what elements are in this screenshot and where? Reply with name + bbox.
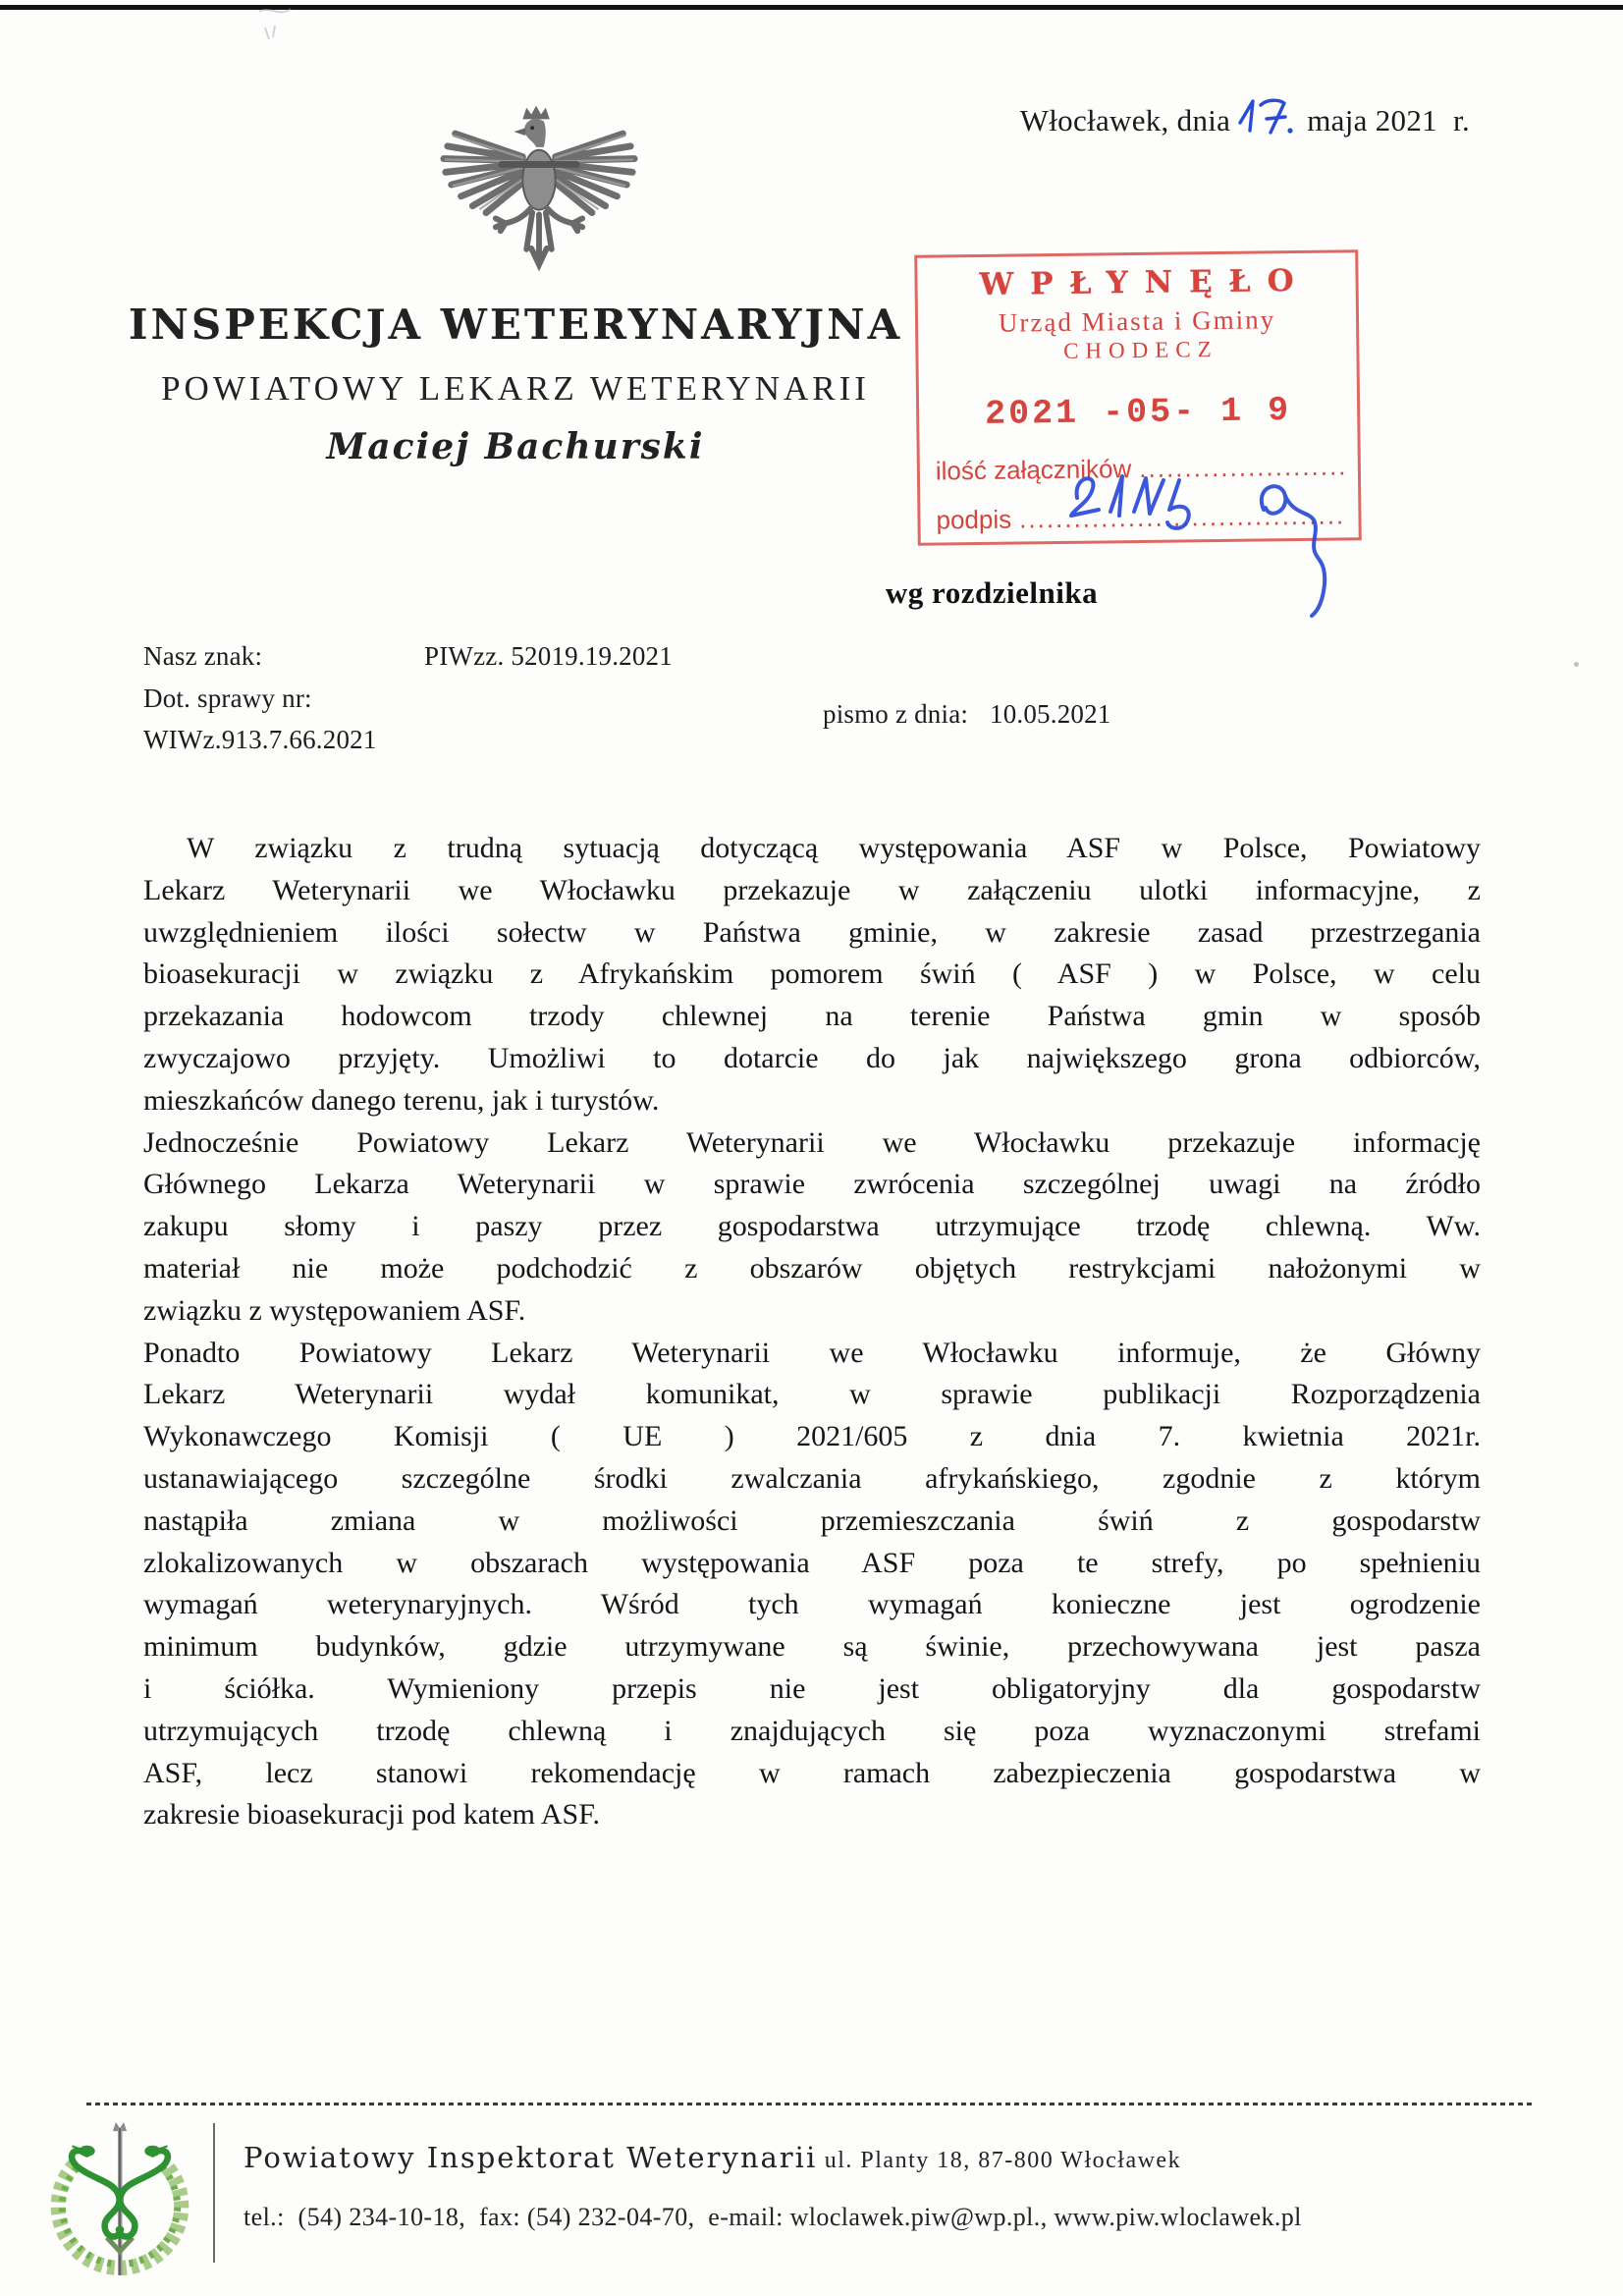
ref-nasz-znak-label: Nasz znak: — [143, 641, 262, 672]
body-line: zlokalizowanych w obszarach występowania… — [143, 1543, 1481, 1585]
body-line: Lekarz Weterynarii we Włocławku przekazu… — [143, 870, 1481, 912]
date-place-text: Włocławek, dnia — [1020, 103, 1231, 137]
body-line: nastąpiła zmiana w możliwości przemieszc… — [143, 1501, 1481, 1543]
body-line: przekazania hodowcom trzody chlewnej na … — [143, 996, 1481, 1038]
body-line: i ściółka. Wymieniony przepis nie jest o… — [143, 1668, 1481, 1711]
org-signatory-name: Maciej Bachurski — [108, 426, 923, 467]
body-line: uwzględnieniem ilości sołectw w Państwa … — [143, 912, 1481, 955]
letterhead: INSPEKCJA WETERYNARYJNA POWIATOWY LEKARZ… — [108, 301, 923, 467]
ref-dot-sprawy-value: WIWz.913.7.66.2021 — [143, 725, 377, 755]
body-line: Ponadto Powiatowy Lekarz Weterynarii we … — [143, 1333, 1481, 1375]
ref-pismo-value: 10.05.2021 — [990, 699, 1111, 730]
stamp-title: WPŁYNĘŁO — [917, 262, 1355, 302]
body-line: zakupu słomy i paszy przez gospodarstwa … — [143, 1206, 1481, 1248]
handwritten-day-ink — [1236, 92, 1301, 139]
ref-pismo-label: pismo z dnia: — [823, 699, 968, 730]
body-line: Głównego Lekarza Weterynarii w sprawie z… — [143, 1164, 1481, 1206]
stamp-office-line: Urząd Miasta i Gminy — [918, 303, 1356, 339]
body-line: bioasekuracji w związku z Afrykańskim po… — [143, 954, 1481, 996]
body-line: Wykonawczego Komisji ( UE ) 2021/605 z d… — [143, 1416, 1481, 1458]
scan-artifact-mark — [253, 2, 316, 45]
footer-org-name: Powiatowy Inspektorat Weterynarii — [243, 2141, 817, 2174]
body-line: Lekarz Weterynarii wydał komunikat, w sp… — [143, 1374, 1481, 1416]
handwritten-ink-marks — [1036, 447, 1380, 643]
ref-nasz-znak-value: PIWzz. 52019.19.2021 — [424, 641, 673, 672]
footer-separator-line — [213, 2123, 215, 2263]
polish-eagle-emblem — [438, 101, 640, 278]
footer-divider-dashed-line — [86, 2103, 1536, 2105]
paragraph: Ponadto Powiatowy Lekarz Weterynarii we … — [143, 1333, 1481, 1837]
body-line: zwyczajowo przyjęty. Umożliwi to dotarci… — [143, 1038, 1481, 1080]
scan-edge-line — [0, 5, 1623, 10]
body-line: ustanawiającego szczególne środki zwalcz… — [143, 1458, 1481, 1501]
body-line: utrzymujących trzodę chlewną i znajdując… — [143, 1711, 1481, 1753]
org-name-line2: POWIATOWY LEKARZ WETERYNARII — [108, 369, 923, 409]
body-line: Jednocześnie Powiatowy Lekarz Weterynari… — [143, 1122, 1481, 1165]
body-line: materiał nie może podchodzić z obszarów … — [143, 1248, 1481, 1290]
body-line: zakresie bioasekuracji pod katem ASF. — [143, 1794, 1481, 1836]
footer-address-line: Powiatowy Inspektorat Weterynarii ul. Pl… — [243, 2141, 1181, 2174]
body-line: mieszkańców danego terenu, jak i turystó… — [143, 1080, 1481, 1122]
body-line: W związku z trudną sytuacją dotyczącą wy… — [143, 828, 1481, 870]
veterinary-sword-snakes-wreath-logo — [35, 2117, 204, 2290]
scanned-letter-page: Włocławek, dnia maja 2021 r. — [0, 0, 1623, 2296]
letter-body: W związku z trudną sytuacją dotyczącą wy… — [143, 828, 1481, 1836]
body-line: ASF, lecz stanowi rekomendację w ramach … — [143, 1753, 1481, 1795]
body-line: minimum budynków, gdzie utrzymywane są ś… — [143, 1626, 1481, 1668]
date-rest-text: maja 2021 r. — [1307, 103, 1470, 137]
scan-artifact-dot — [1574, 662, 1579, 667]
stamp-signature-label: podpis — [936, 505, 1011, 536]
date-line: Włocławek, dnia maja 2021 r. — [0, 92, 1470, 139]
paragraph: Jednocześnie Powiatowy Lekarz Weterynari… — [143, 1122, 1481, 1333]
distribution-note: wg rozdzielnika — [839, 575, 1144, 611]
org-name-line1: INSPEKCJA WETERYNARYJNA — [108, 301, 923, 349]
body-line: związku z występowaniem ASF. — [143, 1290, 1481, 1333]
paragraph: W związku z trudną sytuacją dotyczącą wy… — [143, 828, 1481, 1122]
stamp-date: 2021 -05- 1 9 — [919, 390, 1357, 434]
footer-contact-line: tel.: (54) 234-10-18, fax: (54) 232-04-7… — [243, 2203, 1302, 2232]
ref-dot-sprawy-label: Dot. sprawy nr: — [143, 683, 312, 714]
body-line: wymagań weterynaryjnych. Wśród tych wyma… — [143, 1584, 1481, 1626]
stamp-city: CHODECZ — [918, 335, 1356, 365]
footer-org-address: ul. Planty 18, 87-800 Włocławek — [817, 2148, 1181, 2173]
